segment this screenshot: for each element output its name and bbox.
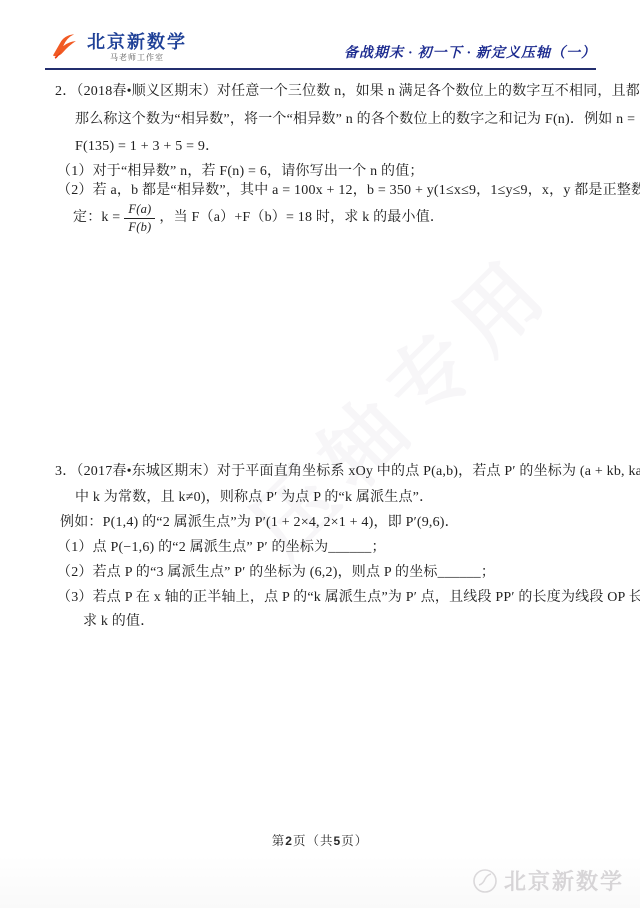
brand-logo: 北京新数学 马老师工作室 bbox=[45, 30, 187, 64]
page-number-prefix: 第 bbox=[272, 834, 286, 848]
problem2-line-1: 2．（2018春•顺义区期末）对任意一个三位数 n，如果 n 满足各个数位上的数… bbox=[0, 83, 600, 101]
fraction-Fa-over-Fb: F(a) F(b) bbox=[124, 202, 155, 235]
problem3-line-2: 中 k 为常数，且 k≠0)，则称点 P′ 为点 P 的“k 属派生点”． bbox=[0, 489, 600, 507]
edition-title: 备战期末 · 初一下 · 新定义压轴（一） bbox=[344, 42, 596, 62]
bottom-brand-logo-icon bbox=[472, 868, 498, 894]
problem2-line-2: 那么称这个数为“相异数”，将一个“相异数” n 的各个数位上的数字之和记为 F(… bbox=[0, 111, 600, 129]
page-header: 北京新数学 马老师工作室 备战期末 · 初一下 · 新定义压轴（一） bbox=[45, 22, 596, 70]
fraction-suffix: ，当 F（a）+F（b）= 18 时，求 k 的最小值． bbox=[159, 209, 444, 227]
problem3-item-2: （2）若点 P 的“3 属派生点” P′ 的坐标为 (6,2)，则点 P 的坐标… bbox=[0, 564, 600, 582]
brand-name: 北京新数学 bbox=[87, 33, 187, 51]
logo-swoosh-icon bbox=[45, 30, 83, 64]
page-number: 第2页（共5页） bbox=[0, 831, 640, 849]
problem3-example-line: 例如：P(1,4) 的“2 属派生点”为 P′(1 + 2×4, 2×1 + 4… bbox=[0, 514, 600, 532]
worksheet-page: 北京新数学 马老师工作室 备战期末 · 初一下 · 新定义压轴（一） 压轴专用 … bbox=[0, 0, 640, 908]
fraction-prefix: 定：k = bbox=[73, 209, 120, 227]
problem3-line-1: 3．（2017春•东城区期末）对于平面直角坐标系 xOy 中的点 P(a,b)，… bbox=[0, 463, 600, 481]
problem2-item-1: （1）对于“相异数” n，若 F(n) = 6，请你写出一个 n 的值； bbox=[0, 163, 600, 181]
problem2-line-3: F(135) = 1 + 3 + 5 = 9． bbox=[0, 138, 600, 156]
current-page-number: 2 bbox=[285, 834, 293, 848]
page-number-suffix: 页） bbox=[341, 834, 368, 848]
problem2-item-2-continued: 定：k = F(a) F(b) ，当 F（a）+F（b）= 18 时，求 k 的… bbox=[0, 198, 600, 238]
page-number-mid: 页（共 bbox=[293, 834, 334, 848]
bottom-brand-watermark: 北京新数学 bbox=[472, 865, 624, 896]
fraction-denominator: F(b) bbox=[124, 219, 155, 235]
problem3-item-3-continued: 求 k 的值． bbox=[0, 613, 600, 631]
brand-subtitle: 马老师工作室 bbox=[110, 54, 164, 62]
fraction-numerator: F(a) bbox=[124, 202, 155, 219]
brand-text-block: 北京新数学 马老师工作室 bbox=[87, 33, 187, 62]
bottom-brand-text: 北京新数学 bbox=[504, 865, 624, 896]
problem3-item-3: （3）若点 P 在 x 轴的正半轴上，点 P 的“k 属派生点”为 P′ 点，且… bbox=[0, 589, 600, 607]
problem3-item-1: （1）点 P(−1,6) 的“2 属派生点” P′ 的坐标为______； bbox=[0, 539, 600, 557]
